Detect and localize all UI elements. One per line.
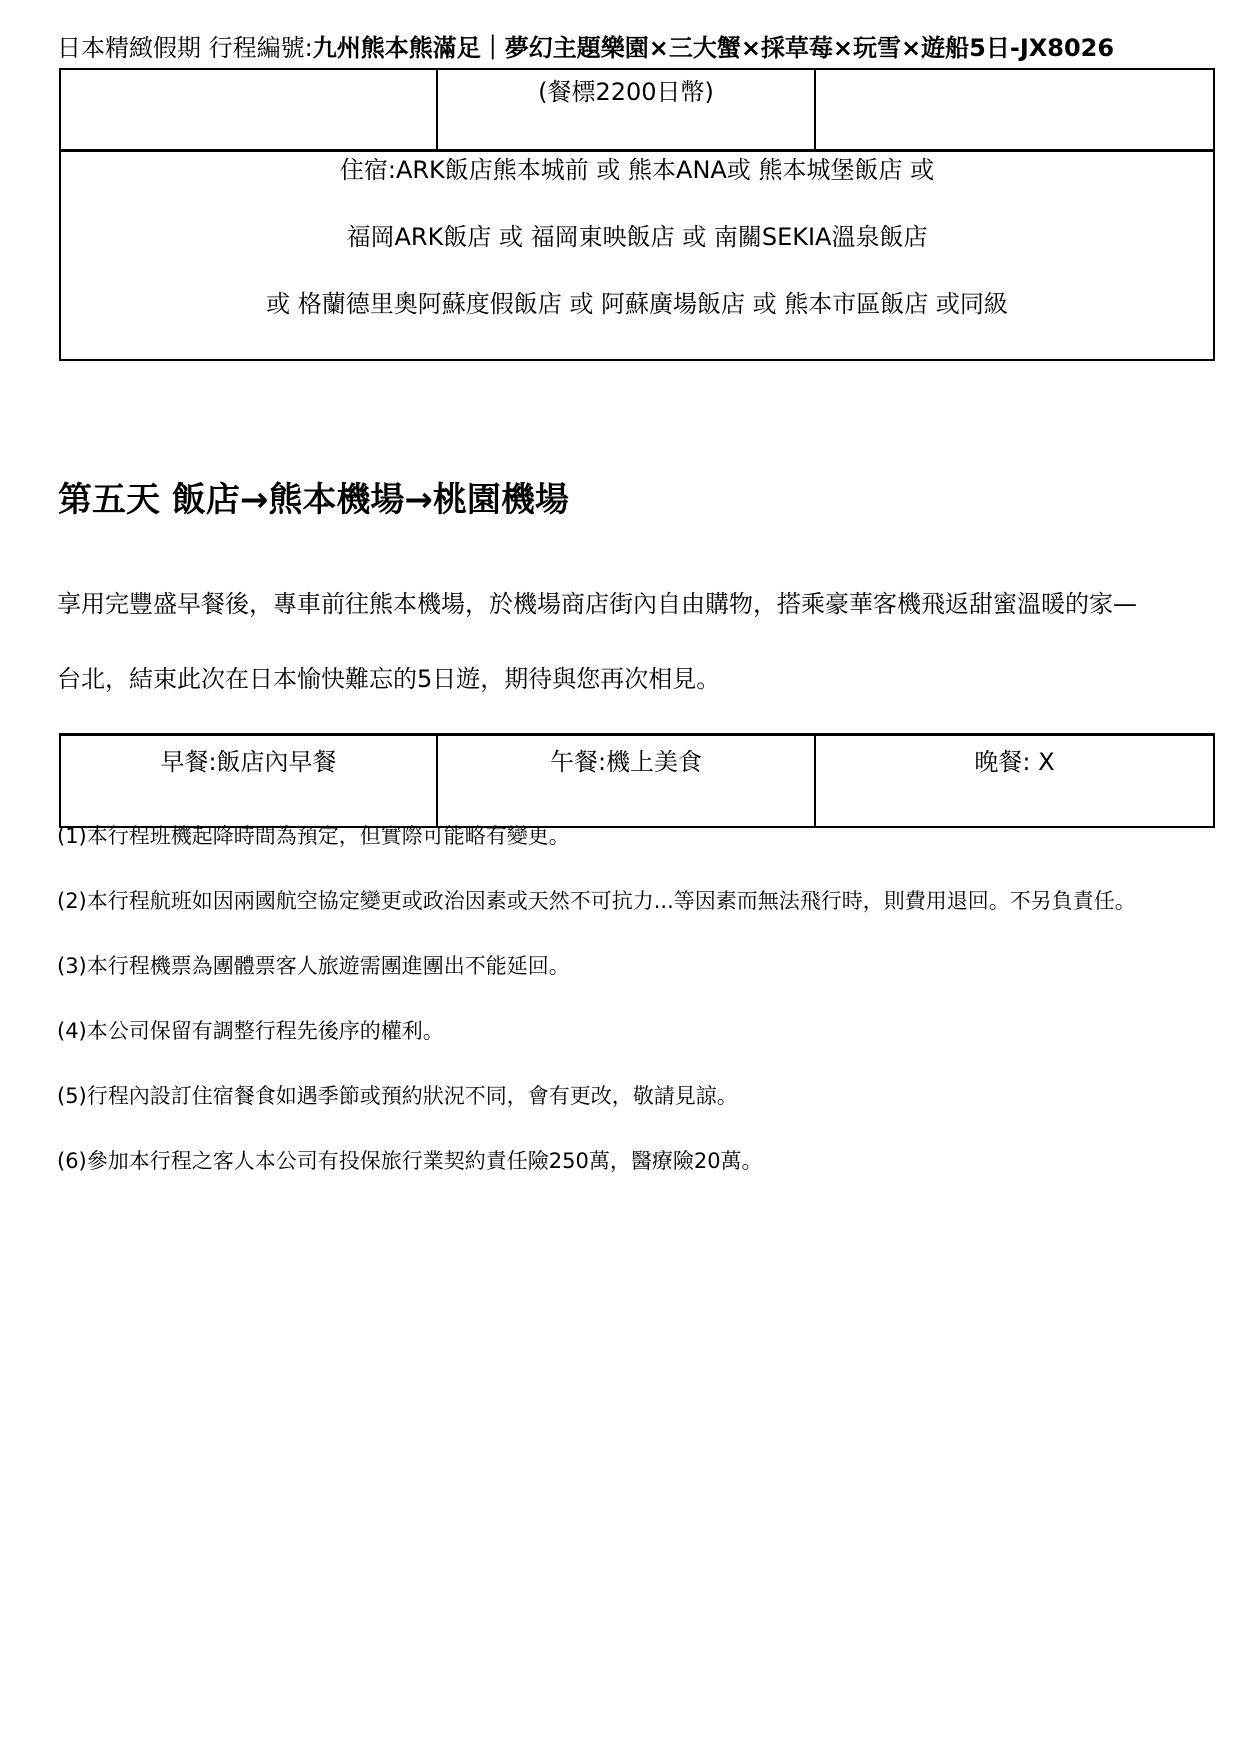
note-item-4: (4)本公司保留有調整行程先後序的權利。 — [57, 1019, 1136, 1043]
note-item-1: (1)本行程班機起降時間為預定，但實際可能略有變更。 — [57, 824, 1136, 848]
itinerary-table-row-2: 住宿:ARK飯店熊本城前 或 熊本ANA或 熊本城堡飯店 或 福岡ARK飯店 或… — [60, 151, 1214, 361]
notes-list: (1)本行程班機起降時間為預定，但實際可能略有變更。 (2)本行程航班如因兩國航… — [57, 824, 1136, 1214]
note-item-2: (2)本行程航班如因兩國航空協定變更或政治因素或天然不可抗力...等因素而無法飛… — [57, 889, 1136, 913]
itinerary-table-row-1: (餐標2200日幣) — [60, 69, 1214, 151]
breakfast-cell: 早餐:飯店內早餐 — [60, 735, 437, 828]
note-item-6: (6)參加本行程之客人本公司有投保旅行業契約責任險250萬，醫療險20萬。 — [57, 1149, 1136, 1173]
hotel-line: 福岡ARK飯店 或 福岡東映飯店 或 南關SEKIA溫泉飯店 — [61, 225, 1213, 249]
lunch-cell: 午餐:機上美食 — [437, 735, 815, 828]
note-item-3: (3)本行程機票為團體票客人旅遊需團進團出不能延回。 — [57, 954, 1136, 978]
dinner-cell: 晚餐: X — [815, 735, 1214, 828]
day5-paragraph-line1: 享用完豐盛早餐後，專車前往熊本機場，於機場商店街內自由購物，搭乘豪華客機飛返甜蜜… — [57, 592, 1137, 616]
empty-cell-left — [60, 69, 437, 151]
meals-table: 早餐:飯店內早餐 午餐:機上美食 晚餐: X — [59, 733, 1215, 828]
itinerary-table: (餐標2200日幣) 住宿:ARK飯店熊本城前 或 熊本ANA或 熊本城堡飯店 … — [59, 68, 1215, 361]
header-prefix: 日本精緻假期 行程編號: — [57, 34, 313, 62]
hotel-line: 或 格蘭德里奧阿蘇度假飯店 或 阿蘇廣場飯店 或 熊本市區飯店 或同級 — [61, 292, 1213, 316]
day5-heading: 第五天 飯店→熊本機場→桃園機場 — [58, 483, 569, 517]
note-item-5: (5)行程內設訂住宿餐食如遇季節或預約狀況不同，會有更改，敬請見諒。 — [57, 1084, 1136, 1108]
empty-cell-right — [815, 69, 1214, 151]
hotel-line: 住宿:ARK飯店熊本城前 或 熊本ANA或 熊本城堡飯店 或 — [61, 158, 1213, 182]
document-page: { "page": { "header": { "prefix": "日本精緻假… — [0, 0, 1242, 1755]
meals-table-row: 早餐:飯店內早餐 午餐:機上美食 晚餐: X — [60, 735, 1214, 828]
header-title: 九州熊本熊滿足｜夢幻主題樂園×三大蟹×採草莓×玩雪×遊船5日-JX8026 — [313, 34, 1114, 62]
day5-paragraph-line2: 台北，結束此次在日本愉快難忘的5日遊，期待與您再次相見。 — [57, 667, 720, 691]
hotel-cell: 住宿:ARK飯店熊本城前 或 熊本ANA或 熊本城堡飯店 或 福岡ARK飯店 或… — [60, 151, 1214, 361]
meal-budget-cell: (餐標2200日幣) — [437, 69, 815, 151]
document-header: 日本精緻假期 行程編號:九州熊本熊滿足｜夢幻主題樂園×三大蟹×採草莓×玩雪×遊船… — [57, 36, 1114, 60]
